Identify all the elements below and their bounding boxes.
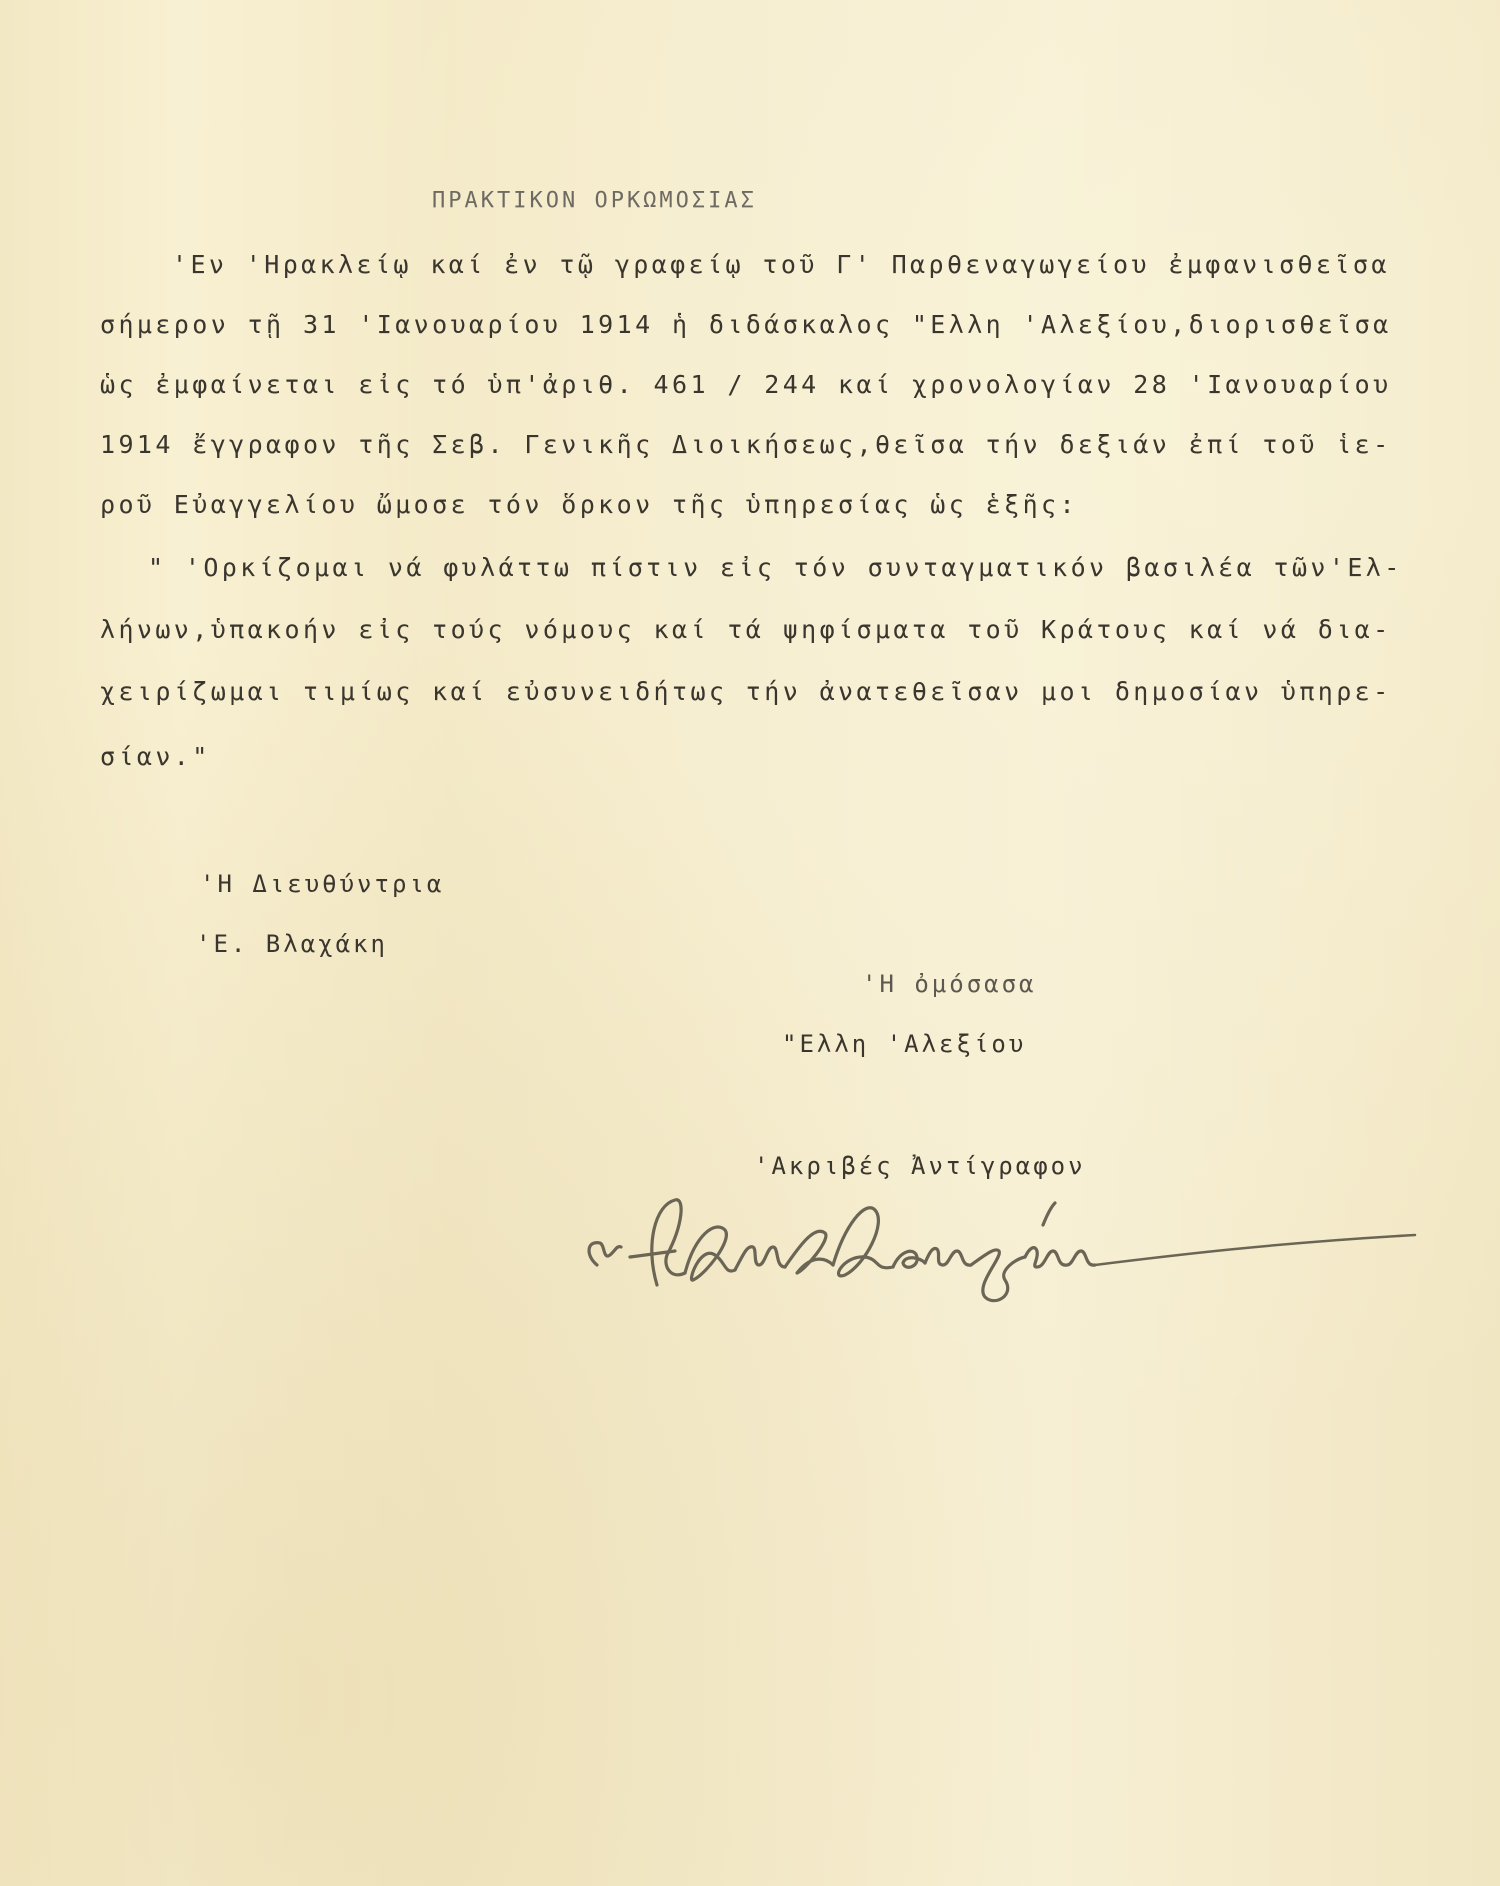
document-page: ΠΡΑΚΤΙΚΟΝ ΟΡΚΩΜΟΣΙΑΣ 'Εν 'Ηρακλείῳ καί ἐ… — [0, 0, 1500, 1886]
oath-line-2: λήνων,ὑπακοήν εἰς τούς νόμους καί τά ψηφ… — [100, 615, 1392, 644]
director-title: 'Η Διευθύντρια — [200, 870, 444, 898]
certified-copy-label: 'Ακριβές Ἀντίγραφον — [754, 1152, 1086, 1180]
oath-taker-title: 'Η ὀμόσασα — [862, 970, 1037, 998]
oath-line-1: " 'Ορκίζομαι νά φυλάττω πίστιν εἰς τόν σ… — [148, 553, 1403, 582]
director-name: 'Ε. Βλαχάκη — [196, 930, 388, 958]
body-line-5: ροῦ Εὐαγγελίου ὤμοσε τόν ὅρκον τῆς ὑπηρε… — [100, 490, 1078, 519]
oath-line-4: σίαν." — [100, 742, 211, 771]
oath-line-3: χειρίζωμαι τιμίως καί εὐσυνειδήτως τήν ἀ… — [100, 677, 1392, 706]
oath-taker-name: "Ελλη 'Αλεξίου — [782, 1030, 1026, 1058]
body-line-1: 'Εν 'Ηρακλείῳ καί ἐν τῷ γραφείῳ τοῦ Γ' Π… — [172, 250, 1390, 279]
handwritten-signature — [575, 1185, 1475, 1315]
body-line-4: 1914 ἔγγραφον τῆς Σεβ. Γενικῆς Διοικήσεω… — [100, 430, 1392, 459]
body-line-3: ὡς ἐμφαίνεται εἰς τό ὑπ'ἀριθ. 461 / 244 … — [100, 370, 1392, 399]
document-title: ΠΡΑΚΤΙΚΟΝ ΟΡΚΩΜΟΣΙΑΣ — [432, 188, 757, 213]
body-line-2: σήμερον τῇ 31 'Ιανουαρίου 1914 ἡ διδάσκα… — [100, 310, 1392, 339]
